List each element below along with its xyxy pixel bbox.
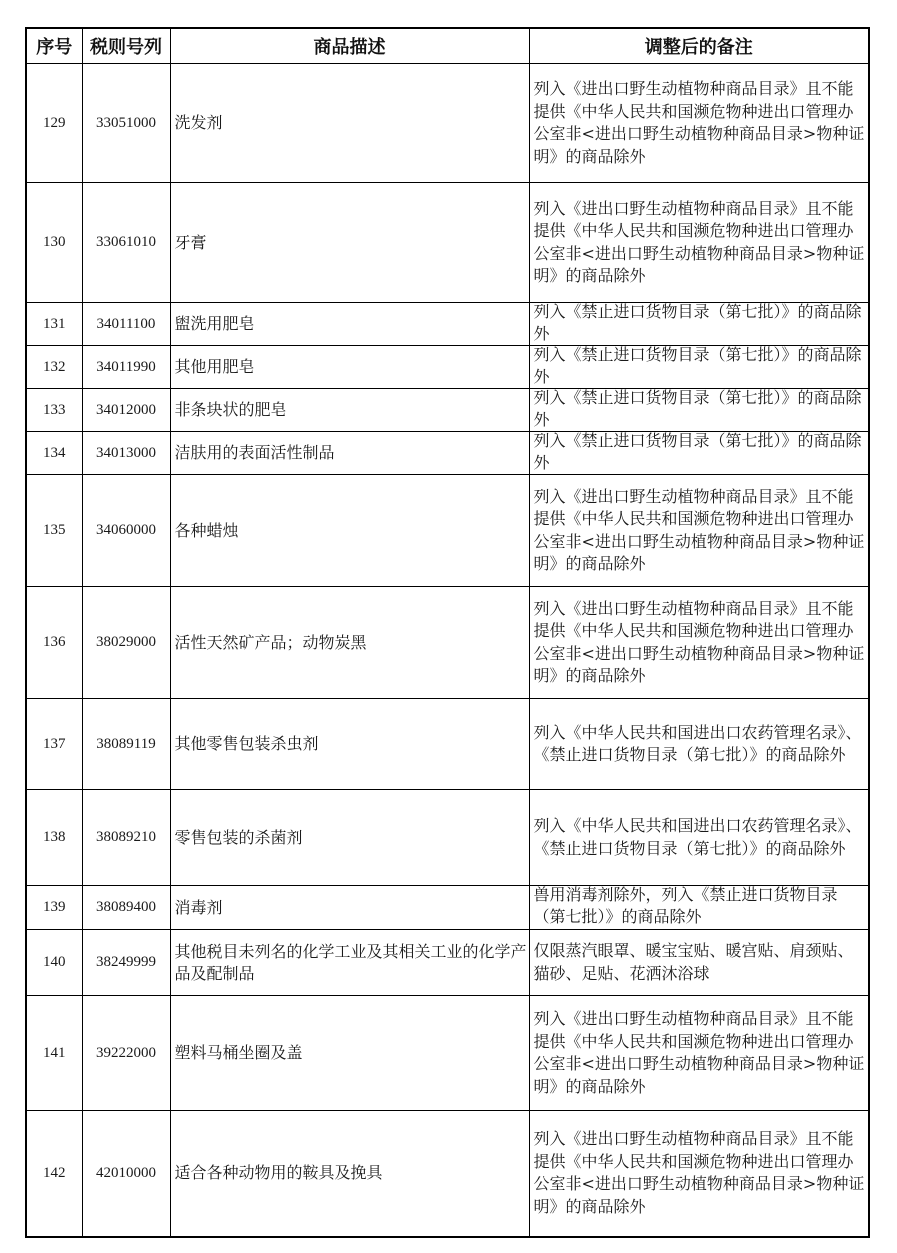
table-row: 139 38089400 消毒剂 兽用消毒剂除外，列入《禁止进口货物目录（第七批…: [26, 886, 869, 930]
cell-note: 列入《进出口野生动植物种商品目录》且不能提供《中华人民共和国濒危物种进出口管理办…: [529, 587, 869, 699]
cell-seq: 133: [26, 389, 82, 432]
commodity-table: 序号 税则号列 商品描述 调整后的备注 129 33051000 洗发剂 列入《…: [25, 27, 870, 1238]
table-row: 129 33051000 洗发剂 列入《进出口野生动植物种商品目录》且不能提供《…: [26, 64, 869, 183]
cell-seq: 132: [26, 346, 82, 389]
cell-seq: 136: [26, 587, 82, 699]
table-row: 134 34013000 洁肤用的表面活性制品 列入《禁止进口货物目录（第七批）…: [26, 432, 869, 475]
cell-desc: 其他税目未列名的化学工业及其相关工业的化学产品及配制品: [170, 930, 529, 996]
cell-code: 33061010: [82, 183, 170, 303]
table-row: 141 39222000 塑料马桶坐圈及盖 列入《进出口野生动植物种商品目录》且…: [26, 996, 869, 1111]
cell-code: 42010000: [82, 1111, 170, 1237]
cell-note: 仅限蒸汽眼罩、暖宝宝贴、暖宫贴、肩颈贴、猫砂、足贴、花洒沐浴球: [529, 930, 869, 996]
cell-seq: 134: [26, 432, 82, 475]
cell-code: 34013000: [82, 432, 170, 475]
cell-desc: 牙膏: [170, 183, 529, 303]
cell-note: 列入《进出口野生动植物种商品目录》且不能提供《中华人民共和国濒危物种进出口管理办…: [529, 996, 869, 1111]
table-row: 135 34060000 各种蜡烛 列入《进出口野生动植物种商品目录》且不能提供…: [26, 475, 869, 587]
note-text: 列入《禁止进口货物目录（第七批）》的商品除外: [534, 432, 867, 474]
cell-seq: 130: [26, 183, 82, 303]
cell-seq: 129: [26, 64, 82, 183]
table-row: 142 42010000 适合各种动物用的鞍具及挽具 列入《进出口野生动植物种商…: [26, 1111, 869, 1237]
table-row: 140 38249999 其他税目未列名的化学工业及其相关工业的化学产品及配制品…: [26, 930, 869, 996]
cell-seq: 142: [26, 1111, 82, 1237]
cell-note: 列入《进出口野生动植物种商品目录》且不能提供《中华人民共和国濒危物种进出口管理办…: [529, 64, 869, 183]
table-row: 132 34011990 其他用肥皂 列入《禁止进口货物目录（第七批）》的商品除…: [26, 346, 869, 389]
cell-desc: 零售包装的杀菌剂: [170, 790, 529, 886]
cell-seq: 137: [26, 699, 82, 790]
header-note: 调整后的备注: [529, 28, 869, 64]
table-row: 136 38029000 活性天然矿产品；动物炭黑 列入《进出口野生动植物种商品…: [26, 587, 869, 699]
cell-note: 列入《禁止进口货物目录（第七批）》的商品除外: [529, 432, 869, 475]
cell-note: 列入《进出口野生动植物种商品目录》且不能提供《中华人民共和国濒危物种进出口管理办…: [529, 1111, 869, 1237]
cell-desc: 其他零售包装杀虫剂: [170, 699, 529, 790]
header-code: 税则号列: [82, 28, 170, 64]
cell-note: 兽用消毒剂除外，列入《禁止进口货物目录（第七批）》的商品除外: [529, 886, 869, 930]
cell-desc: 盥洗用肥皂: [170, 303, 529, 346]
cell-note: 列入《禁止进口货物目录（第七批）》的商品除外: [529, 346, 869, 389]
header-desc: 商品描述: [170, 28, 529, 64]
cell-code: 38089119: [82, 699, 170, 790]
cell-code: 34012000: [82, 389, 170, 432]
cell-code: 38249999: [82, 930, 170, 996]
cell-note: 列入《进出口野生动植物种商品目录》且不能提供《中华人民共和国濒危物种进出口管理办…: [529, 183, 869, 303]
cell-desc: 洗发剂: [170, 64, 529, 183]
cell-desc: 各种蜡烛: [170, 475, 529, 587]
cell-note: 列入《禁止进口货物目录（第七批）》的商品除外: [529, 303, 869, 346]
table-row: 137 38089119 其他零售包装杀虫剂 列入《中华人民共和国进出口农药管理…: [26, 699, 869, 790]
cell-seq: 139: [26, 886, 82, 930]
cell-code: 34060000: [82, 475, 170, 587]
cell-code: 38089210: [82, 790, 170, 886]
table-header-row: 序号 税则号列 商品描述 调整后的备注: [26, 28, 869, 64]
cell-desc: 塑料马桶坐圈及盖: [170, 996, 529, 1111]
table-row: 138 38089210 零售包装的杀菌剂 列入《中华人民共和国进出口农药管理名…: [26, 790, 869, 886]
header-seq: 序号: [26, 28, 82, 64]
cell-desc: 活性天然矿产品；动物炭黑: [170, 587, 529, 699]
cell-note: 列入《中华人民共和国进出口农药管理名录》、《禁止进口货物目录（第七批）》的商品除…: [529, 699, 869, 790]
cell-code: 33051000: [82, 64, 170, 183]
cell-seq: 131: [26, 303, 82, 346]
table-row: 131 34011100 盥洗用肥皂 列入《禁止进口货物目录（第七批）》的商品除…: [26, 303, 869, 346]
cell-seq: 135: [26, 475, 82, 587]
cell-code: 34011100: [82, 303, 170, 346]
cell-desc: 其他用肥皂: [170, 346, 529, 389]
cell-desc: 适合各种动物用的鞍具及挽具: [170, 1111, 529, 1237]
table-row: 133 34012000 非条块状的肥皂 列入《禁止进口货物目录（第七批）》的商…: [26, 389, 869, 432]
cell-code: 38089400: [82, 886, 170, 930]
note-text: 兽用消毒剂除外，列入《禁止进口货物目录（第七批）》的商品除外: [534, 886, 867, 928]
cell-seq: 138: [26, 790, 82, 886]
cell-note: 列入《中华人民共和国进出口农药管理名录》、《禁止进口货物目录（第七批）》的商品除…: [529, 790, 869, 886]
cell-code: 34011990: [82, 346, 170, 389]
cell-code: 39222000: [82, 996, 170, 1111]
cell-code: 38029000: [82, 587, 170, 699]
note-text: 列入《禁止进口货物目录（第七批）》的商品除外: [534, 389, 867, 431]
note-text: 列入《禁止进口货物目录（第七批）》的商品除外: [534, 346, 867, 388]
cell-desc: 洁肤用的表面活性制品: [170, 432, 529, 475]
note-text: 列入《禁止进口货物目录（第七批）》的商品除外: [534, 303, 867, 345]
cell-note: 列入《禁止进口货物目录（第七批）》的商品除外: [529, 389, 869, 432]
cell-seq: 140: [26, 930, 82, 996]
cell-desc: 非条块状的肥皂: [170, 389, 529, 432]
table-row: 130 33061010 牙膏 列入《进出口野生动植物种商品目录》且不能提供《中…: [26, 183, 869, 303]
cell-note: 列入《进出口野生动植物种商品目录》且不能提供《中华人民共和国濒危物种进出口管理办…: [529, 475, 869, 587]
cell-desc: 消毒剂: [170, 886, 529, 930]
cell-seq: 141: [26, 996, 82, 1111]
